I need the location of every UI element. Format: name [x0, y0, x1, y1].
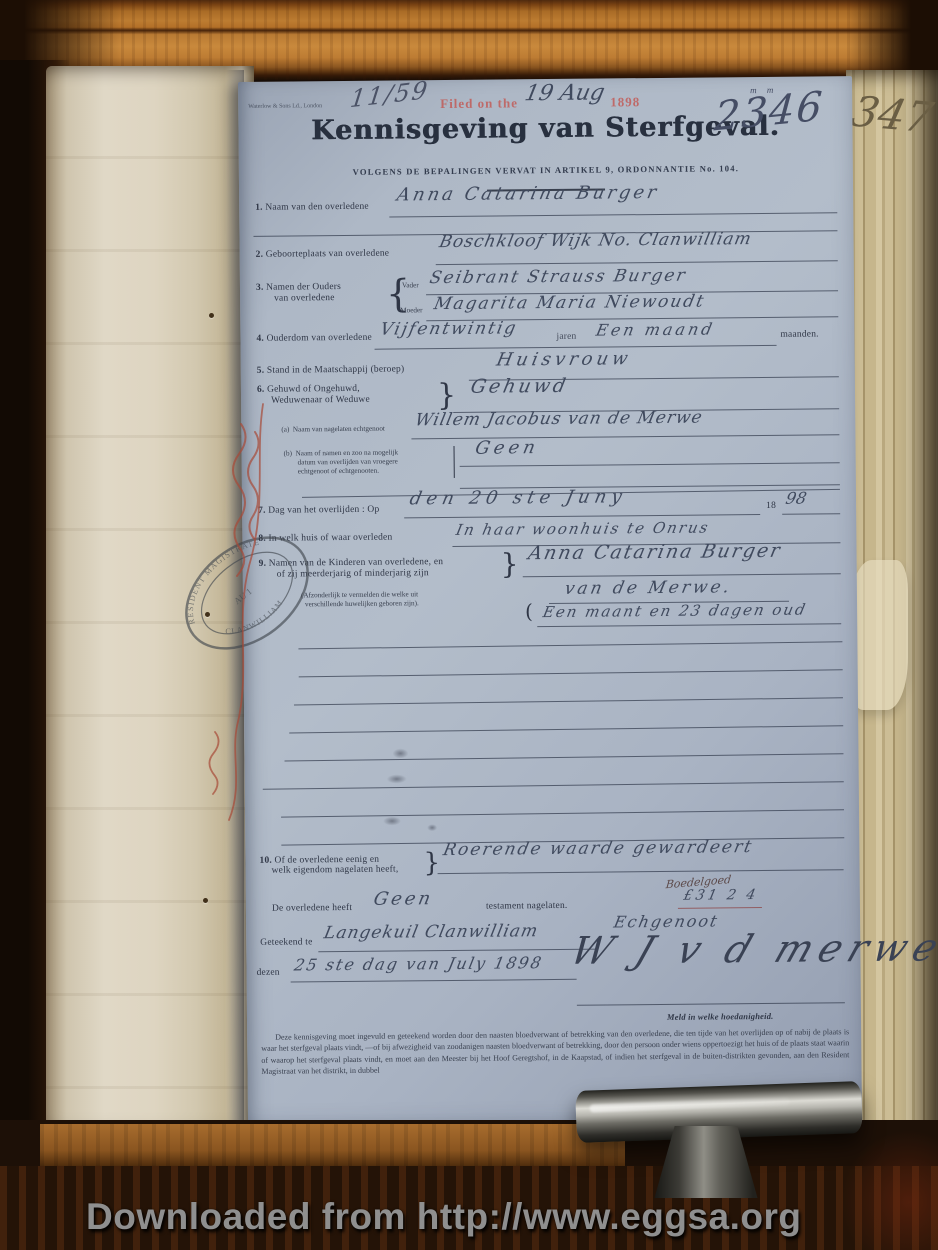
- site-watermark: Downloaded from http://www.eggsa.org: [86, 1196, 802, 1238]
- field-6-label: 6. Gehuwd of Ongehuwd,: [257, 384, 360, 395]
- field-3-label-line2: van overledene: [274, 293, 335, 304]
- field-6b-value: Geen: [473, 437, 541, 459]
- rule-line: [291, 979, 577, 983]
- rule-line: [411, 434, 839, 439]
- rule-line: [299, 669, 843, 677]
- field-10-value: Roerende waarde gewardeert: [441, 837, 755, 860]
- filed-year-stamp: 1898: [610, 94, 640, 110]
- field-2-label: 2. Geboorteplaats van overledene: [256, 249, 390, 260]
- capacity-note: Meld in welke hoedanigheid.: [667, 1011, 774, 1022]
- testament-label-post: testament nagelaten.: [486, 901, 568, 912]
- signature: W J v d merwe: [565, 925, 938, 973]
- document-number-superscript: m m: [750, 85, 777, 95]
- form-footnote: Deze kennisgeving moet ingevuld en getee…: [261, 1026, 849, 1077]
- date-value: 25 ste dag van July 1898: [293, 953, 545, 974]
- signed-at-place: Langekuil Clanwilliam: [322, 921, 540, 943]
- filed-stamp-text: Filed on the: [440, 95, 518, 112]
- signed-at-label: Geteekend te: [260, 937, 312, 948]
- field-9-value-line2: van de Merwe.: [563, 577, 734, 599]
- years-unit: jaren: [556, 332, 576, 342]
- field-9-value-line1: Anna Catarina Burger: [526, 540, 783, 564]
- photograph-of-death-notice: 347 Waterlow & Sons Ld., London 11/59 Fi…: [0, 0, 938, 1250]
- estate-amount: £31 2 4: [682, 887, 760, 904]
- vader-label: Vader: [402, 281, 419, 289]
- rule-line: [389, 212, 837, 217]
- field-7-value: den 20 ste Juny: [408, 486, 629, 509]
- rule-line: [460, 462, 840, 467]
- moeder-value: Magarita Maria Niewoudt: [432, 292, 707, 315]
- ink-smudge: [383, 816, 401, 825]
- field-1-value: Anna Catarina Burger: [395, 182, 661, 206]
- rule-line: [438, 869, 844, 874]
- rule-line: [537, 623, 841, 627]
- field-5-value: Huisvrouw: [495, 348, 634, 370]
- death-notice-form-page: Waterlow & Sons Ld., London 11/59 Filed …: [238, 76, 862, 1130]
- field-8-value: In haar woonhuis te Onrus: [454, 518, 711, 538]
- rule-line: [289, 725, 843, 733]
- field-6a-label: (a) Naam van nagelaten echtgenoot: [281, 425, 385, 434]
- rule-line: [577, 1002, 845, 1006]
- rule-line: [294, 697, 843, 705]
- months-unit: maanden.: [780, 329, 818, 339]
- vader-value: Seibrant Strauss Burger: [428, 266, 689, 289]
- field-4-years-value: Vijfentwintig: [378, 318, 519, 339]
- field-1-number: 1.: [255, 203, 263, 213]
- rule-line: [281, 809, 844, 817]
- field-9-note-line2: verschillende huwelijken geboren zijn).: [305, 599, 419, 608]
- rule-line: [318, 949, 598, 953]
- table-edge-wood: [40, 1124, 625, 1172]
- adjacent-page-number: 347: [847, 87, 938, 142]
- field-6-value: Gehuwd: [469, 375, 571, 398]
- year-printed: 18: [766, 501, 776, 511]
- red-margin-annotation: [185, 396, 295, 826]
- rule-line: [782, 513, 840, 515]
- rule-line: [523, 573, 841, 577]
- filed-date-handwritten: 19 Aug: [523, 80, 607, 106]
- printer-imprint: Waterlow & Sons Ld., London: [248, 103, 322, 110]
- rule-line: [678, 907, 762, 909]
- bracket-bar: [454, 446, 455, 478]
- ink-smudge: [392, 748, 408, 758]
- wood-highlight: [840, 1130, 938, 1250]
- paren-icon: (: [525, 599, 533, 623]
- file-reference-handwritten: 11/59: [349, 76, 431, 114]
- ink-smudge: [387, 774, 407, 783]
- field-6b-label-line2: datum van overlijden van vroegere: [298, 457, 398, 466]
- year-written: 98: [784, 489, 808, 508]
- field-2-value: Boschkloof Wijk No. Clanwilliam: [438, 229, 754, 252]
- binding-hole: [203, 898, 208, 903]
- brace-icon: }: [437, 378, 456, 413]
- rule-line: [285, 753, 844, 761]
- rule-line: [298, 641, 842, 649]
- ink-smudge: [427, 824, 437, 831]
- brace-icon: }: [500, 547, 518, 580]
- binding-hole: [209, 313, 214, 318]
- testament-value: Geen: [372, 888, 436, 910]
- field-6b-label: (b) Naam of namen en zoo na mogelijk: [284, 448, 399, 457]
- date-label: dezen: [257, 968, 280, 978]
- field-5-label: 5. Stand in de Maatschappij (beroep): [257, 364, 405, 375]
- field-3-label: 3. Namen der Ouders: [256, 282, 341, 293]
- rule-line: [263, 781, 844, 790]
- field-1-label: 1. Naam van den overledene: [255, 202, 369, 213]
- testament-label-pre: De overledene heeft: [272, 903, 352, 914]
- field-10-label-line2: welk eigendom nagelaten heeft,: [272, 864, 399, 875]
- field-9-value-line3: Een maant en 23 dagen oud: [541, 601, 808, 622]
- rule-line: [436, 260, 838, 265]
- form-subtitle: VOLGENS DE BEPALINGEN VERVAT IN ARTIKEL …: [239, 162, 853, 178]
- field-4-label: 4. Ouderdom van overledene: [256, 333, 372, 344]
- field-4-months-value: Een maand: [594, 319, 716, 339]
- field-6a-value: Willem Jacobus van de Merwe: [413, 408, 704, 431]
- moeder-label: Moeder: [400, 306, 422, 314]
